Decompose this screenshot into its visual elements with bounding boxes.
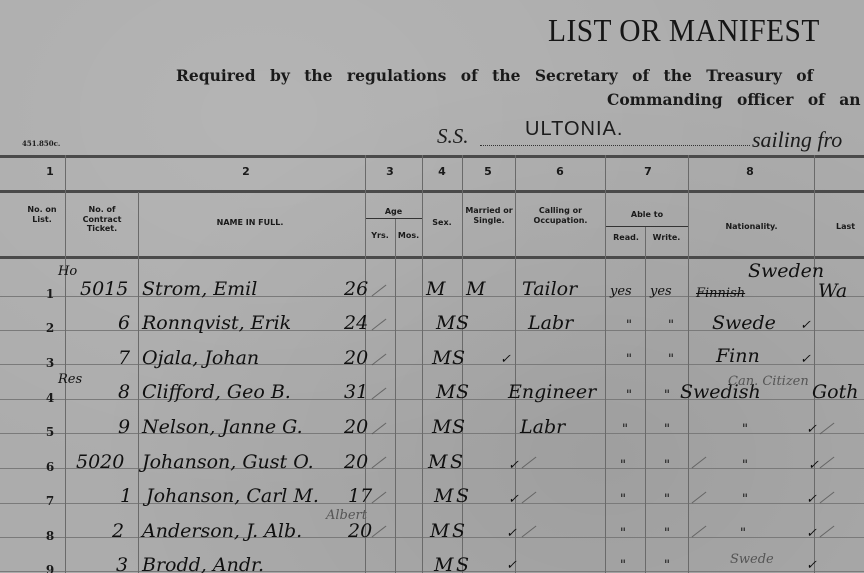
can-read: "	[626, 318, 632, 333]
married-single: S	[456, 381, 469, 403]
occupation: Engineer	[508, 381, 596, 403]
nationality: "	[742, 492, 748, 507]
header-nationality: Nationality.	[689, 222, 814, 232]
passenger-name: Strom, Emil	[142, 278, 257, 300]
form-number: 451.850c.	[22, 139, 60, 148]
can-read: yes	[610, 284, 632, 299]
can-read: "	[626, 388, 632, 403]
sailing-label: sailing fro	[752, 127, 842, 153]
header-last-residence: Last	[836, 222, 864, 232]
last-residence: ✓	[800, 318, 811, 333]
header-able-to: Able to	[606, 210, 688, 220]
last-residence: ✓	[806, 558, 817, 573]
occupation: ✓	[506, 558, 517, 573]
last-residence: ✓	[806, 422, 817, 437]
column-number-7: 7	[638, 165, 658, 178]
last-residence: Wa	[818, 280, 847, 302]
occupation: ✓	[506, 526, 517, 541]
ticket-number: 8	[118, 381, 130, 403]
able-to-subrule	[606, 226, 688, 227]
column-number-8: 8	[740, 165, 760, 178]
sex: M	[432, 416, 451, 438]
nationality-struck: Finnish	[696, 286, 745, 301]
row-number: 1	[40, 287, 60, 301]
age-years: 24	[344, 312, 368, 334]
can-read: "	[620, 526, 626, 541]
header-bottom-rule	[0, 256, 864, 259]
passenger-name: Ronnqvist, Erik	[142, 312, 291, 334]
nationality: Finn	[716, 345, 760, 367]
sex: M	[428, 451, 447, 473]
ticket-number: 7	[118, 347, 130, 369]
can-read: "	[620, 458, 626, 473]
column-number-6: 6	[550, 165, 570, 178]
header-contract-ticket: No. of Contract Ticket.	[70, 205, 134, 234]
ticket-number: 1	[120, 485, 132, 507]
nationality: Sweden	[748, 260, 824, 282]
age-years: 17	[348, 485, 372, 507]
occupation: Labr	[520, 416, 565, 438]
last-residence: ✓	[806, 526, 817, 541]
nationality: "	[742, 422, 748, 437]
passenger-name: Ojala, Johan	[142, 347, 259, 369]
column-number-rule	[0, 190, 864, 193]
passenger-name: Anderson, J. Alb.	[142, 520, 302, 542]
age-years: 20	[344, 347, 368, 369]
married-single: S	[450, 451, 463, 473]
passenger-name: Johanson, Gust O.	[142, 451, 314, 473]
nationality: "	[742, 458, 748, 473]
column-number-4: 4	[432, 165, 452, 178]
row-number: 5	[40, 425, 60, 439]
row-number: 7	[40, 494, 60, 508]
passenger-name: Johanson, Carl M.	[146, 485, 319, 507]
header-married-single: Married or Single.	[463, 206, 515, 225]
passenger-name: Brodd, Andr.	[142, 554, 264, 573]
row-number: 6	[40, 460, 60, 474]
can-write: "	[664, 492, 670, 507]
last-residence: ✓	[808, 458, 819, 473]
column-number-5: 5	[478, 165, 498, 178]
married-single: S	[456, 485, 469, 507]
header-name-in-full: NAME IN FULL.	[180, 218, 320, 228]
married-single: S	[452, 416, 465, 438]
age-years: 20	[348, 520, 372, 542]
ticket-number: 6	[118, 312, 130, 334]
sex: M	[436, 312, 455, 334]
can-write: yes	[650, 284, 672, 299]
col-divider	[138, 192, 139, 573]
ticket-number: 9	[118, 416, 130, 438]
sex: M	[426, 278, 445, 300]
header-no-on-list: No. on List.	[22, 205, 62, 224]
married-single: S	[452, 520, 465, 542]
passenger-name: Nelson, Janne G.	[142, 416, 303, 438]
ship-name: ULTONIA.	[525, 118, 623, 141]
ticket-number: 5020	[76, 451, 124, 473]
row-number: 4	[40, 391, 60, 405]
row-number: 3	[40, 356, 60, 370]
can-write: "	[668, 318, 674, 333]
ship-name-underline	[480, 145, 750, 146]
side-annotation: Res	[58, 372, 82, 387]
last-residence: ✓	[800, 352, 811, 367]
can-write: "	[664, 558, 670, 573]
married-single: M	[466, 278, 485, 300]
married-single: S	[456, 312, 469, 334]
age-years: 26	[344, 278, 368, 300]
married-single: S	[456, 554, 469, 573]
nationality: "	[740, 526, 746, 541]
header-sex: Sex.	[422, 218, 462, 228]
occupation: Labr	[528, 312, 573, 334]
col-divider	[814, 155, 815, 573]
age-years: 31	[344, 381, 368, 403]
column-number-3: 3	[380, 165, 400, 178]
married-single: S	[452, 347, 465, 369]
col-divider	[395, 219, 396, 573]
row-number: 2	[40, 321, 60, 335]
last-residence: Goth	[812, 381, 859, 403]
nationality-note: Can. Citizen	[728, 374, 809, 389]
nationality: Swede	[712, 312, 776, 334]
can-write: "	[664, 526, 670, 541]
header-age: Age	[365, 207, 422, 217]
col-divider	[65, 155, 66, 573]
sex: M	[430, 520, 449, 542]
sex: M	[436, 381, 455, 403]
nationality: Swede	[730, 552, 774, 567]
ticket-number: 3	[116, 554, 128, 573]
document-title: LIST OR MANIFEST	[548, 12, 820, 49]
can-read: "	[626, 352, 632, 367]
column-number-1: 1	[40, 165, 60, 178]
row-number: 9	[40, 563, 60, 573]
occupation: ✓	[508, 458, 519, 473]
header-read: Read.	[606, 233, 646, 243]
row-line	[0, 571, 864, 572]
can-write: "	[664, 388, 670, 403]
age-subrule	[365, 218, 422, 219]
col-divider	[688, 155, 689, 573]
top-annotation: Ho	[58, 264, 77, 279]
ticket-number: 5015	[80, 278, 128, 300]
occupation: Tailor	[522, 278, 577, 300]
can-read: "	[620, 492, 626, 507]
column-number-2: 2	[236, 165, 256, 178]
last-residence: ✓	[806, 492, 817, 507]
sex: M	[434, 485, 453, 507]
col-divider	[645, 227, 646, 573]
header-calling-occupation: Calling or Occupation.	[516, 206, 605, 225]
age-years: 20	[344, 416, 368, 438]
row-number: 8	[40, 529, 60, 543]
can-write: "	[664, 458, 670, 473]
header-age-mos: Mos.	[395, 231, 422, 241]
can-read: "	[620, 558, 626, 573]
regulation-line-1: Required by the regulations of the Secre…	[176, 66, 813, 85]
age-years: 20	[344, 451, 368, 473]
can-write: "	[668, 352, 674, 367]
passenger-name: Clifford, Geo B.	[142, 381, 291, 403]
header-write: Write.	[645, 233, 688, 243]
sex: M	[432, 347, 451, 369]
occupation: ✓	[500, 352, 511, 367]
ticket-number: 2	[112, 520, 124, 542]
table-top-rule	[0, 155, 864, 158]
sex: M	[434, 554, 453, 573]
regulation-line-2: Commanding officer of an	[607, 90, 861, 109]
can-read: "	[622, 422, 628, 437]
ship-prefix: S.S.	[437, 124, 469, 149]
occupation: ✓	[508, 492, 519, 507]
can-write: "	[664, 422, 670, 437]
header-age-yrs: Yrs.	[365, 231, 395, 241]
